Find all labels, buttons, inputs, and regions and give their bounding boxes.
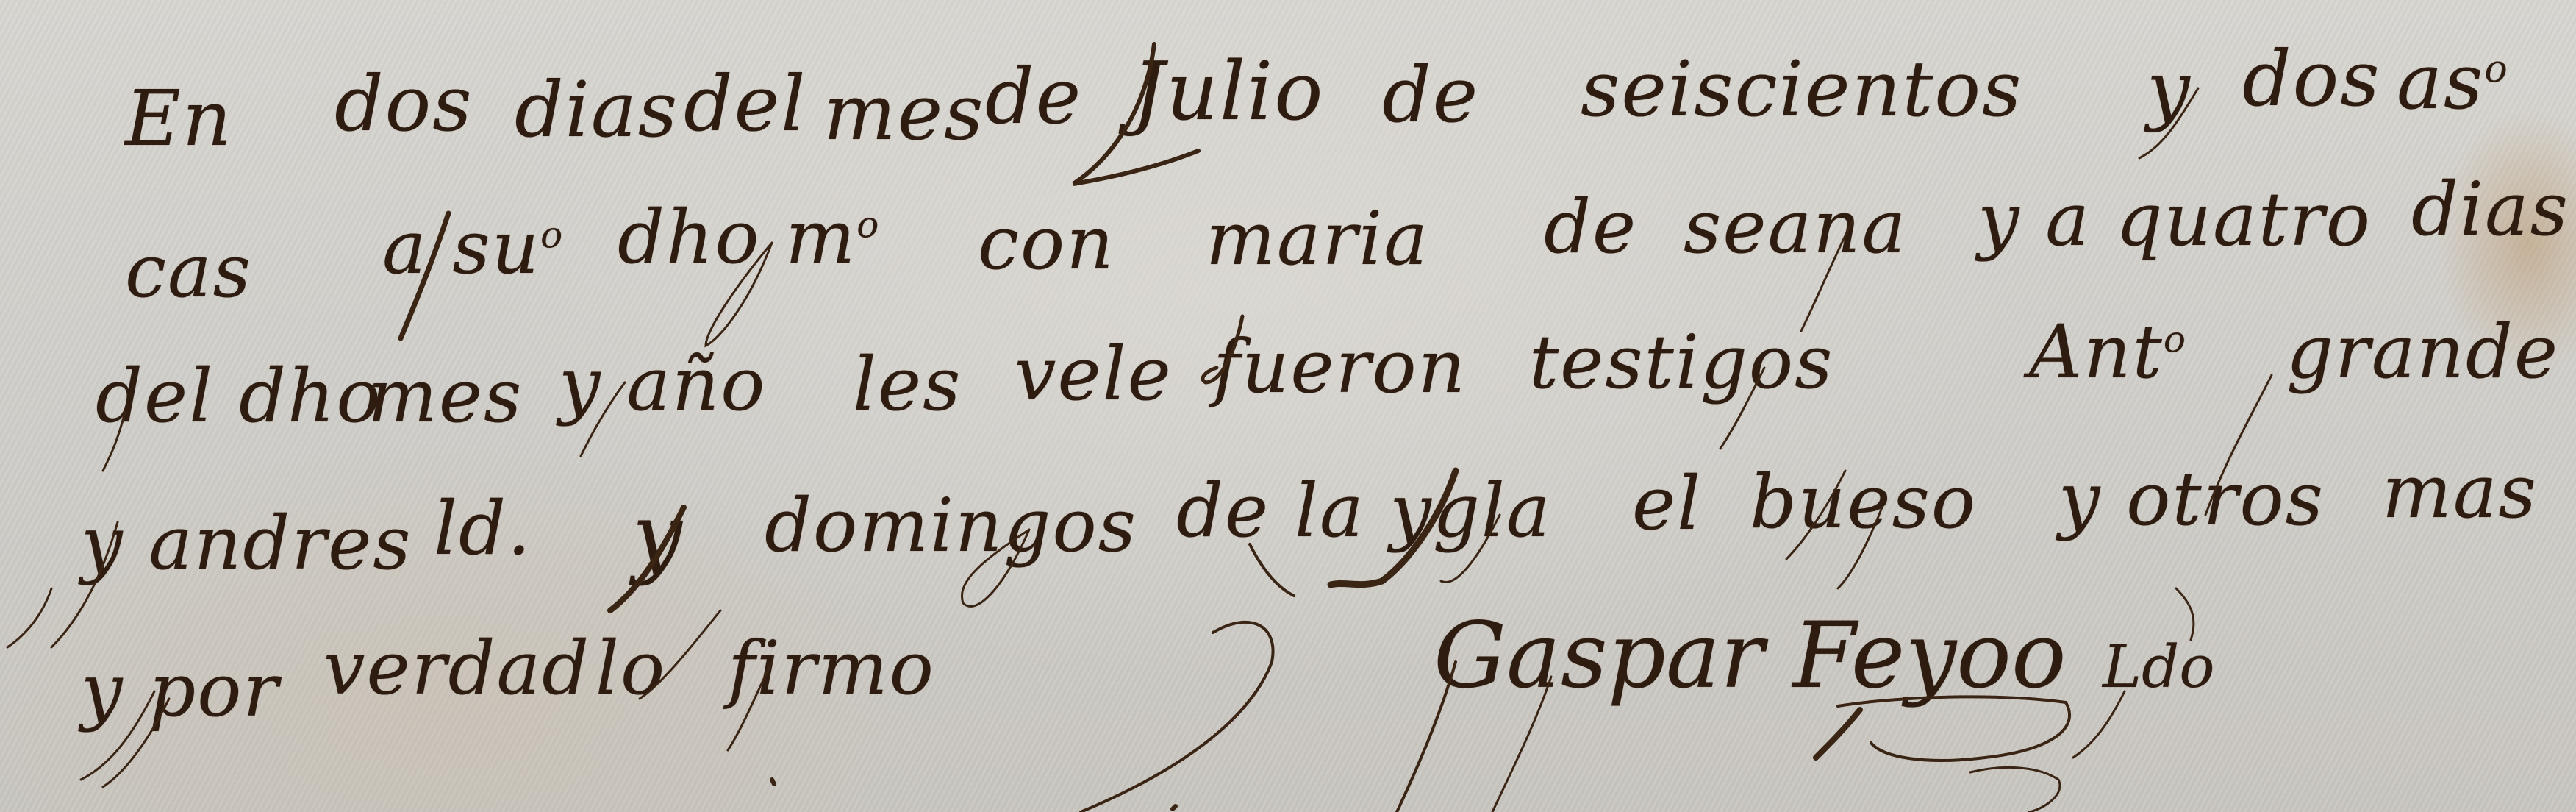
word: mas bbox=[2382, 449, 2538, 535]
word: seana bbox=[1684, 184, 1907, 270]
word: firmo bbox=[728, 625, 935, 711]
word: de la ygla bbox=[1176, 468, 1551, 554]
word: bueso bbox=[1750, 459, 1977, 545]
word: del bbox=[684, 59, 806, 149]
word: y a quatro bbox=[1978, 177, 2372, 263]
word: fueron bbox=[1213, 324, 1467, 410]
word: de bbox=[985, 51, 1082, 141]
word: les bbox=[853, 341, 962, 427]
word: y otros bbox=[2058, 456, 2325, 542]
word: y andres bbox=[81, 500, 412, 586]
signature-suffix: Ldo bbox=[2103, 633, 2215, 701]
word: el bbox=[1632, 460, 1702, 546]
word: dos bbox=[334, 59, 473, 149]
signature-name: Gaspar Feyoo bbox=[1434, 603, 2067, 709]
word: En bbox=[125, 74, 233, 163]
manuscript-page: En dos dias del mes de Julio de seiscien… bbox=[0, 0, 2576, 812]
word: maria bbox=[1206, 196, 1429, 282]
word: del dho bbox=[96, 353, 382, 439]
word: dos bbox=[2242, 34, 2381, 124]
word: verdad bbox=[323, 625, 590, 711]
signature: Gaspar Feyoo Ldo bbox=[1434, 603, 2215, 709]
word: a suo bbox=[382, 204, 564, 291]
word: mes bbox=[368, 353, 523, 439]
word: y año bbox=[559, 341, 767, 427]
word: dias bbox=[2411, 166, 2569, 252]
word: dho mo bbox=[618, 194, 880, 280]
word: de bbox=[1544, 184, 1637, 270]
word: y por bbox=[81, 647, 279, 733]
word: lo bbox=[595, 625, 666, 711]
word: grande bbox=[2286, 309, 2559, 395]
word: Julio bbox=[1132, 44, 1325, 138]
word: ld. bbox=[434, 485, 532, 571]
word: vele bbox=[1015, 331, 1173, 417]
word: y bbox=[632, 485, 684, 588]
word: Anto bbox=[2029, 309, 2187, 395]
word: mes bbox=[823, 68, 985, 157]
word: con bbox=[978, 200, 1115, 286]
word: aso bbox=[2397, 37, 2509, 127]
word: y bbox=[2147, 44, 2192, 134]
word: dias bbox=[515, 65, 679, 154]
word: testigos bbox=[1529, 319, 1833, 405]
word: cas bbox=[125, 228, 252, 314]
word: domingos bbox=[765, 482, 1137, 569]
word: de bbox=[1382, 50, 1479, 140]
word: seiscientos bbox=[1581, 44, 2022, 134]
